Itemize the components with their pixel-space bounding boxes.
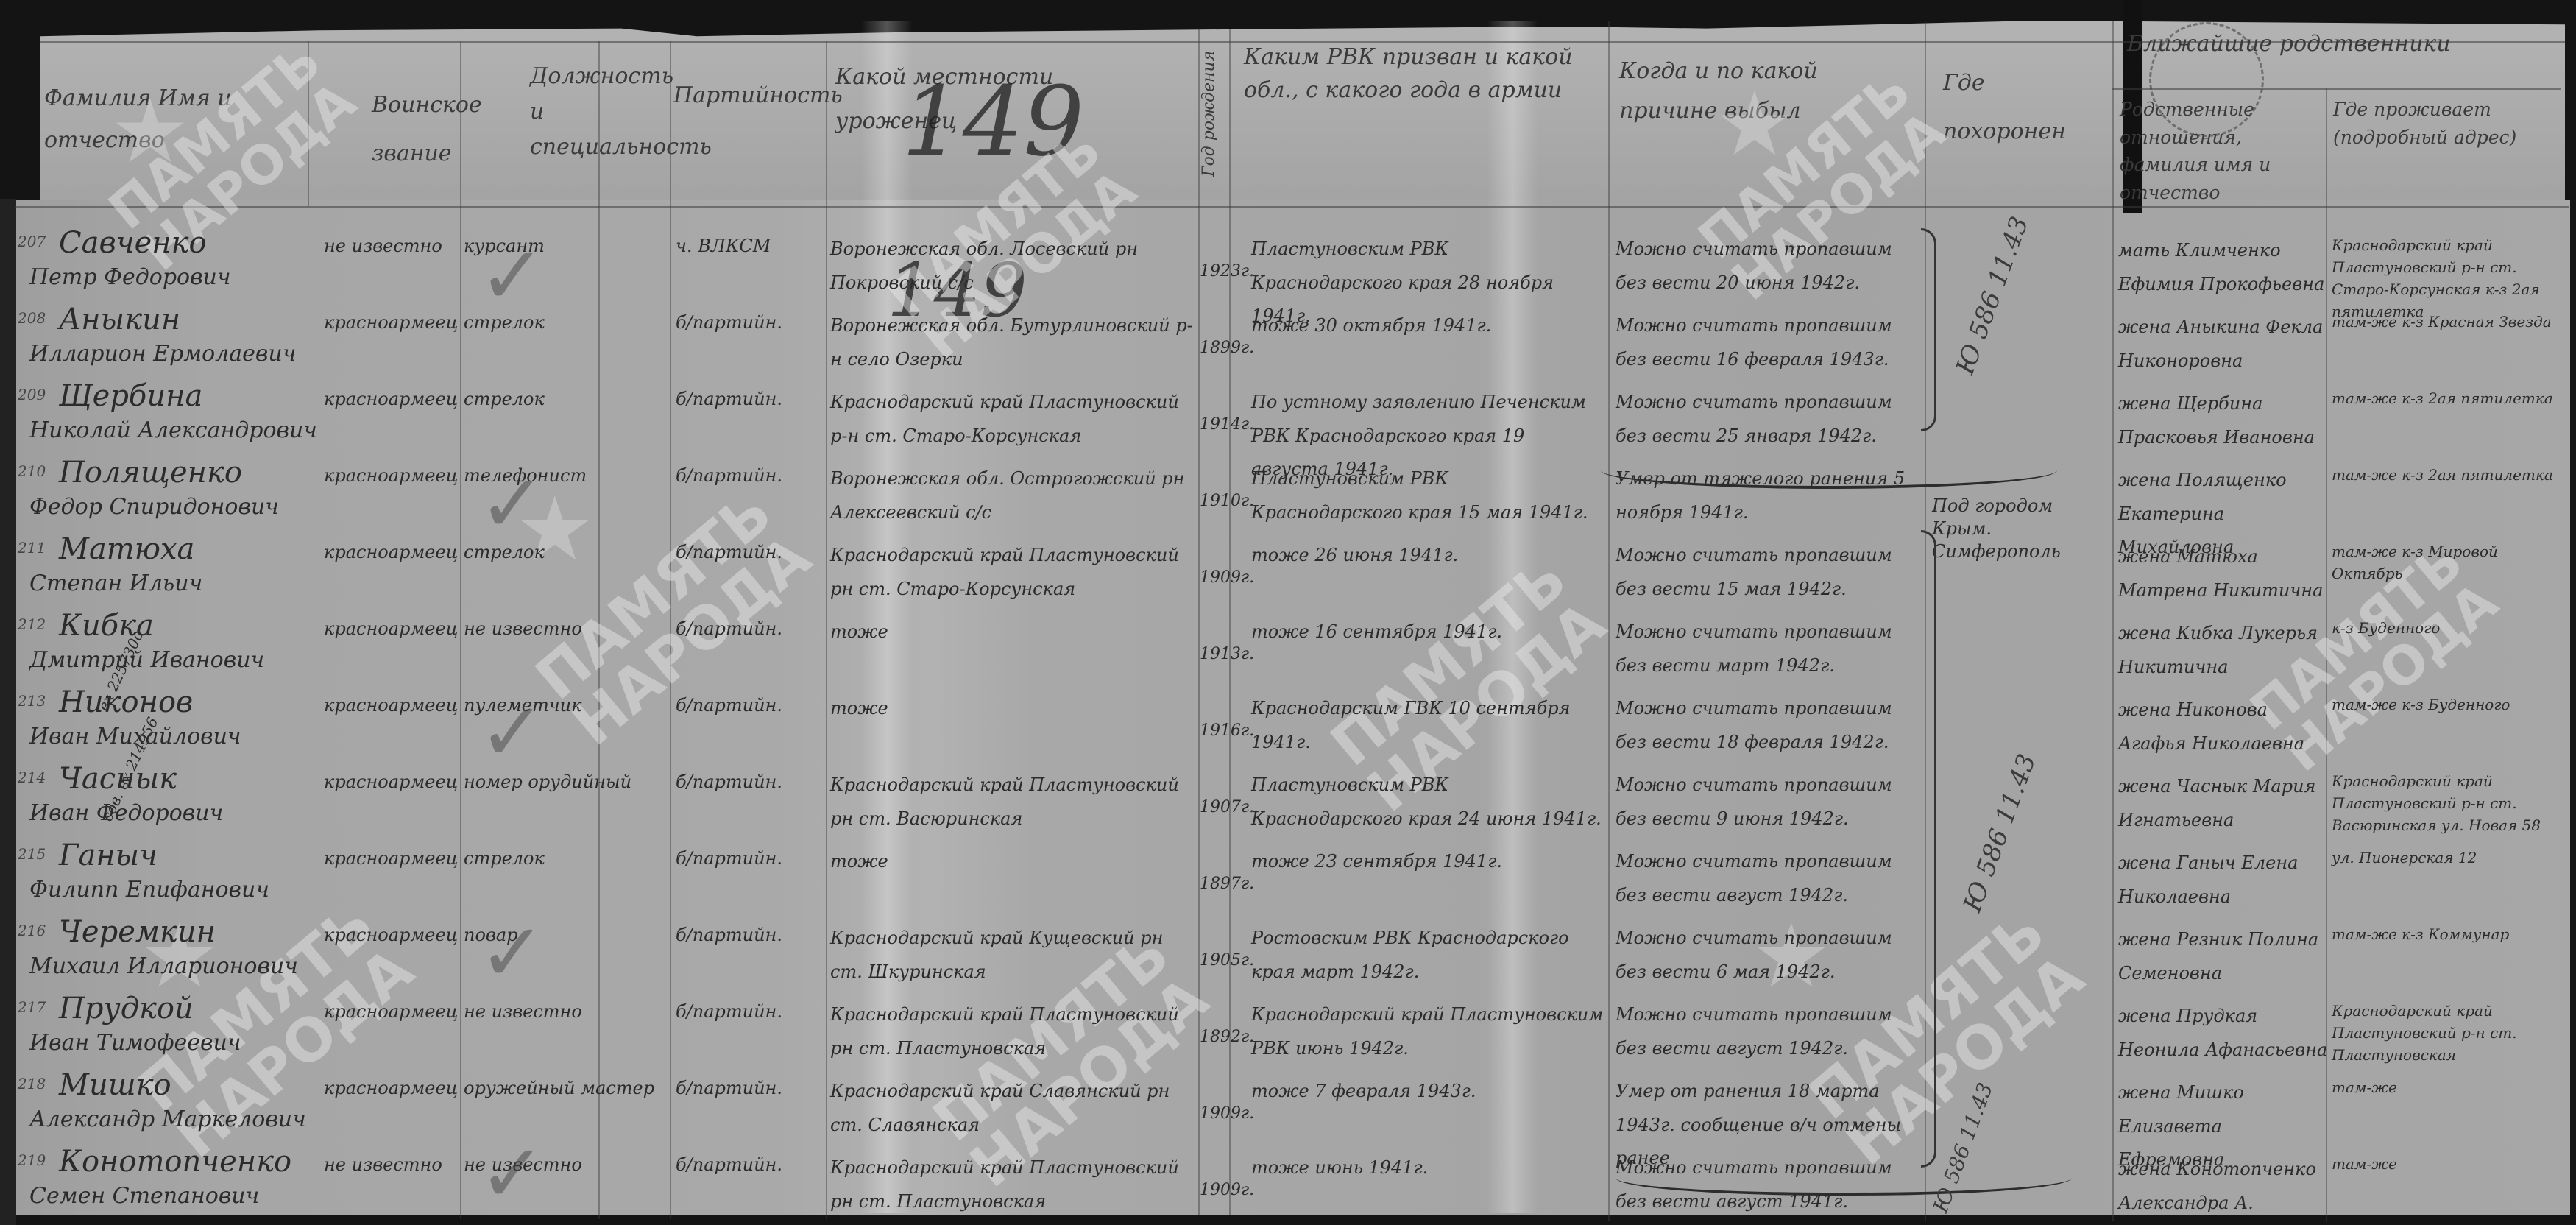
check-mark-icon: ✓: [478, 685, 546, 779]
burial-place: Под городом Крым. Симферополь: [1932, 495, 2109, 564]
relative-address: там-же к-з Коммунар: [2332, 923, 2560, 945]
relative-name: жена Часнык Мария Игнатьевна: [2118, 770, 2328, 837]
last-name: Савченко: [59, 228, 207, 258]
birth-year: 1923г.: [1200, 264, 1254, 280]
relative-name: жена Конотопченко Александра А.: [2118, 1153, 2328, 1220]
birth-year: 1909г.: [1200, 1182, 1254, 1198]
position-specialty: не известно: [464, 620, 582, 638]
party-membership: ч. ВЛКСМ: [676, 237, 771, 255]
place-of-origin: тоже: [830, 692, 1195, 726]
last-name: Конотопченко: [59, 1147, 291, 1176]
birth-year: 1905г.: [1200, 953, 1254, 969]
place-of-origin: Воронежская обл. Бутурлиновский р-н село…: [830, 309, 1195, 376]
enlistment-info: Краснодарский край Пластуновским РВК июн…: [1251, 998, 1604, 1065]
military-rank: красноармеец: [324, 1079, 458, 1097]
position-specialty: стрелок: [464, 850, 545, 867]
round-stamp: [2149, 22, 2264, 137]
place-of-origin: Краснодарский край Пластуновский рн ст. …: [830, 769, 1195, 836]
military-rank: не известно: [324, 237, 442, 255]
enlistment-info: Краснодарским ГВК 10 сентября 1941г.: [1251, 692, 1604, 759]
row-number: 212: [18, 617, 46, 632]
place-of-origin: Воронежская обл. Острогожский рн Алексее…: [830, 462, 1195, 529]
last-name: Аныкин: [59, 305, 180, 334]
enlistment-info: Ростовским РВК Краснодарского края март …: [1251, 922, 1604, 989]
bracket: [1921, 530, 1936, 1168]
row-number: 210: [18, 464, 46, 479]
relative-name: жена Кибка Лукерья Никитична: [2118, 617, 2328, 684]
check-mark-icon: ✓: [478, 228, 546, 322]
party-membership: б/партийн.: [676, 696, 782, 714]
binding-edge: [0, 199, 16, 1225]
enlistment-info: тоже 26 июня 1941г.: [1251, 539, 1604, 573]
enlistment-info: тоже 30 октября 1941г.: [1251, 309, 1604, 343]
row-number: 214: [18, 770, 46, 785]
last-name: Ганыч: [59, 841, 158, 870]
fate-info: Можно считать пропавшим без вести август…: [1616, 998, 1921, 1065]
fate-info: Можно считать пропавшим без вести август…: [1616, 845, 1921, 912]
check-mark-icon: ✓: [478, 456, 546, 551]
relative-name: жена Матюха Матрена Никитична: [2118, 540, 2328, 607]
star-watermark-icon: ★: [1715, 81, 1794, 169]
military-rank: не известно: [324, 1156, 442, 1173]
column-divider: [670, 41, 671, 1219]
last-name: Никонов: [59, 688, 193, 717]
row-number: 209: [18, 387, 46, 402]
position-specialty: оружейный мастер: [464, 1079, 654, 1097]
birth-year: 1916г.: [1200, 723, 1254, 739]
fate-info: Можно считать пропавшим без вести 18 фев…: [1616, 692, 1921, 759]
place-of-origin: Краснодарский край Пластуновский рн ст. …: [830, 539, 1195, 606]
position-specialty: стрелок: [464, 390, 545, 408]
party-membership: б/партийн.: [676, 1079, 782, 1097]
header-bottom-rule: [15, 206, 2569, 208]
first-name-patronymic: Федор Спиридонович: [29, 496, 279, 518]
header-buried: Где похоронен: [1943, 59, 2090, 156]
place-of-origin: Краснодарский край Кущевский рн ст. Шкур…: [830, 922, 1195, 989]
relative-name: жена Аныкина Фекла Никоноровна: [2118, 311, 2328, 378]
birth-year: 1907г.: [1200, 799, 1254, 816]
party-membership: б/партийн.: [676, 850, 782, 867]
military-rank: красноармеец: [324, 773, 458, 791]
header-stamp-number: 149: [902, 74, 1084, 169]
row-number: 208: [18, 311, 46, 325]
party-membership: б/партийн.: [676, 620, 782, 638]
birth-year: 1909г.: [1200, 1106, 1254, 1122]
relative-address: там-же: [2332, 1153, 2560, 1175]
relative-address: там-же к-з Мировой Октябрь: [2332, 540, 2560, 585]
birth-year: 1897г.: [1200, 876, 1254, 892]
relative-address: там-же к-з 2ая пятилетка: [2332, 464, 2560, 486]
fate-info: Можно считать пропавшим без вести 20 июн…: [1616, 233, 1921, 300]
first-name-patronymic: Семен Степанович: [29, 1185, 259, 1207]
check-mark-icon: ✓: [478, 1126, 546, 1221]
row-number: 218: [18, 1076, 46, 1091]
relative-address: ул. Пионерская 12: [2332, 847, 2560, 869]
first-name-patronymic: Филипп Епифанович: [29, 879, 269, 901]
last-name: Прудкой: [59, 994, 194, 1023]
column-divider: [460, 41, 461, 1219]
row-number: 211: [18, 540, 46, 555]
relative-address: Краснодарский край Пластуновский р-н ст.…: [2332, 1000, 2560, 1066]
military-rank: красноармеец: [324, 467, 458, 484]
row-number: 219: [18, 1153, 46, 1168]
column-divider: [1608, 21, 1610, 1221]
first-name-patronymic: Александр Маркелович: [29, 1109, 306, 1131]
relative-name: жена Никонова Агафья Николаевна: [2118, 693, 2328, 760]
enlistment-info: тоже июнь 1941г.: [1251, 1151, 1604, 1185]
row-number: 217: [18, 1000, 46, 1014]
party-membership: б/партийн.: [676, 1003, 782, 1020]
first-name-patronymic: Иван Федорович: [29, 802, 223, 825]
column-divider: [598, 41, 600, 1219]
row-number: 213: [18, 693, 46, 708]
military-rank: красноармеец: [324, 850, 458, 867]
fate-info: Можно считать пропавшим без вести 15 мая…: [1616, 539, 1921, 606]
birth-year: 1899г.: [1200, 340, 1254, 356]
relative-name: мать Климченко Ефимия Прокофьевна: [2118, 234, 2328, 301]
military-rank: красноармеец: [324, 543, 458, 561]
last-name: Щербина: [59, 381, 202, 411]
military-rank: красноармеец: [324, 1003, 458, 1020]
row-number: 207: [18, 234, 46, 249]
star-watermark-icon: ★: [110, 88, 190, 177]
fate-info: Можно считать пропавшим без вести 16 фев…: [1616, 309, 1921, 376]
enlistment-info: Пластуновским РВК Краснодарского края 15…: [1251, 462, 1604, 529]
enlistment-info: Пластуновским РВК Краснодарского края 24…: [1251, 769, 1604, 836]
party-membership: б/партийн.: [676, 543, 782, 561]
place-of-origin: Краснодарский край Пластуновский р-н ст.…: [830, 386, 1195, 453]
first-name-patronymic: Илларион Ермолаевич: [29, 343, 296, 365]
relative-name: жена Резник Полина Семеновна: [2118, 923, 2328, 990]
column-divider: [2112, 21, 2114, 1221]
birth-year: 1892г.: [1200, 1029, 1254, 1045]
party-membership: б/партийн.: [676, 314, 782, 331]
header-rank: Воинское звание: [372, 81, 460, 178]
birth-year: 1909г.: [1200, 570, 1254, 586]
first-name-patronymic: Николай Александрович: [29, 420, 317, 442]
relative-address: там-же к-з Красная Звезда: [2332, 311, 2560, 333]
fate-info: Можно считать пропавшим без вести март 1…: [1616, 615, 1921, 682]
place-of-origin: Воронежская обл. Лосевский рн Покровский…: [830, 233, 1195, 300]
place-of-origin: тоже: [830, 615, 1195, 649]
first-name-patronymic: Михаил Илларионович: [29, 956, 298, 978]
relative-address: там-же к-з 2ая пятилетка: [2332, 387, 2560, 409]
enlistment-info: тоже 23 сентября 1941г.: [1251, 845, 1604, 879]
party-membership: б/партийн.: [676, 1156, 782, 1173]
fate-info: Можно считать пропавшим без вести 6 мая …: [1616, 922, 1921, 989]
row-number: 215: [18, 847, 46, 861]
military-rank: красноармеец: [324, 390, 458, 408]
enlistment-info: тоже 16 сентября 1941г.: [1251, 615, 1604, 649]
column-divider: [308, 41, 309, 206]
place-of-origin: тоже: [830, 845, 1195, 879]
column-divider: [826, 41, 827, 1219]
last-name: Черемкин: [59, 917, 216, 947]
enlistment-info: тоже 7 февраля 1943г.: [1251, 1075, 1604, 1109]
header-position: Должность и специальность: [530, 59, 648, 165]
first-name-patronymic: Петр Федорович: [29, 266, 231, 289]
party-membership: б/партийн.: [676, 390, 782, 408]
header-address: Где проживает (подробный адрес): [2333, 96, 2554, 151]
document-scan: Фамилия Имя и отчество Воинское звание Д…: [0, 0, 2576, 1225]
relative-name: жена Прудкая Неонила Афанасьевна: [2118, 1000, 2328, 1067]
position-specialty: не известно: [464, 1003, 582, 1020]
military-rank: красноармеец: [324, 696, 458, 714]
birth-year: 1913г.: [1200, 646, 1254, 663]
relative-address: Краснодарский край Пластуновский р-н ст.…: [2332, 234, 2560, 322]
party-membership: б/партийн.: [676, 926, 782, 944]
military-rank: красноармеец: [324, 314, 458, 331]
fate-info: Можно считать пропавшим без вести 9 июня…: [1616, 769, 1921, 836]
header-enlisted: Каким РВК призван и какой обл., с какого…: [1244, 40, 1597, 107]
birth-year: 1914г.: [1200, 417, 1254, 433]
place-of-origin: Краснодарский край Славянский рн ст. Сла…: [830, 1075, 1195, 1142]
first-name-patronymic: Дмитрий Иванович: [29, 649, 264, 671]
underline-curve: [1601, 442, 2057, 489]
relative-address: там-же: [2332, 1076, 2560, 1098]
relative-address: Краснодарский край Пластуновский р-н ст.…: [2332, 770, 2560, 836]
last-name: Мишко: [59, 1070, 171, 1100]
party-membership: б/партийн.: [676, 773, 782, 791]
bracket: [1921, 228, 1936, 431]
relative-address: к-з Буденного: [2332, 617, 2560, 639]
party-membership: б/партийн.: [676, 467, 782, 484]
last-name: Матюха: [59, 534, 194, 564]
military-rank: красноармеец: [324, 620, 458, 638]
last-name: Полященко: [59, 458, 242, 487]
header-party: Партийность: [673, 74, 776, 118]
relative-address: там-же к-з Буденного: [2332, 693, 2560, 716]
header-birth-year: Год рождения: [1201, 51, 1217, 177]
row-number: 216: [18, 923, 46, 938]
place-of-origin: Краснодарский край Пластуновский рн ст. …: [830, 998, 1195, 1065]
birth-year: 1910г.: [1200, 493, 1254, 509]
first-name-patronymic: Иван Тимофеевич: [29, 1032, 241, 1054]
check-mark-icon: ✓: [478, 905, 546, 1000]
relative-name: жена Щербина Прасковья Ивановна: [2118, 387, 2328, 454]
first-name-patronymic: Степан Ильич: [29, 573, 202, 595]
military-rank: красноармеец: [324, 926, 458, 944]
relative-name: жена Ганыч Елена Николаевна: [2118, 847, 2328, 914]
place-of-origin: Краснодарский край Пластуновский рн ст. …: [830, 1151, 1195, 1218]
